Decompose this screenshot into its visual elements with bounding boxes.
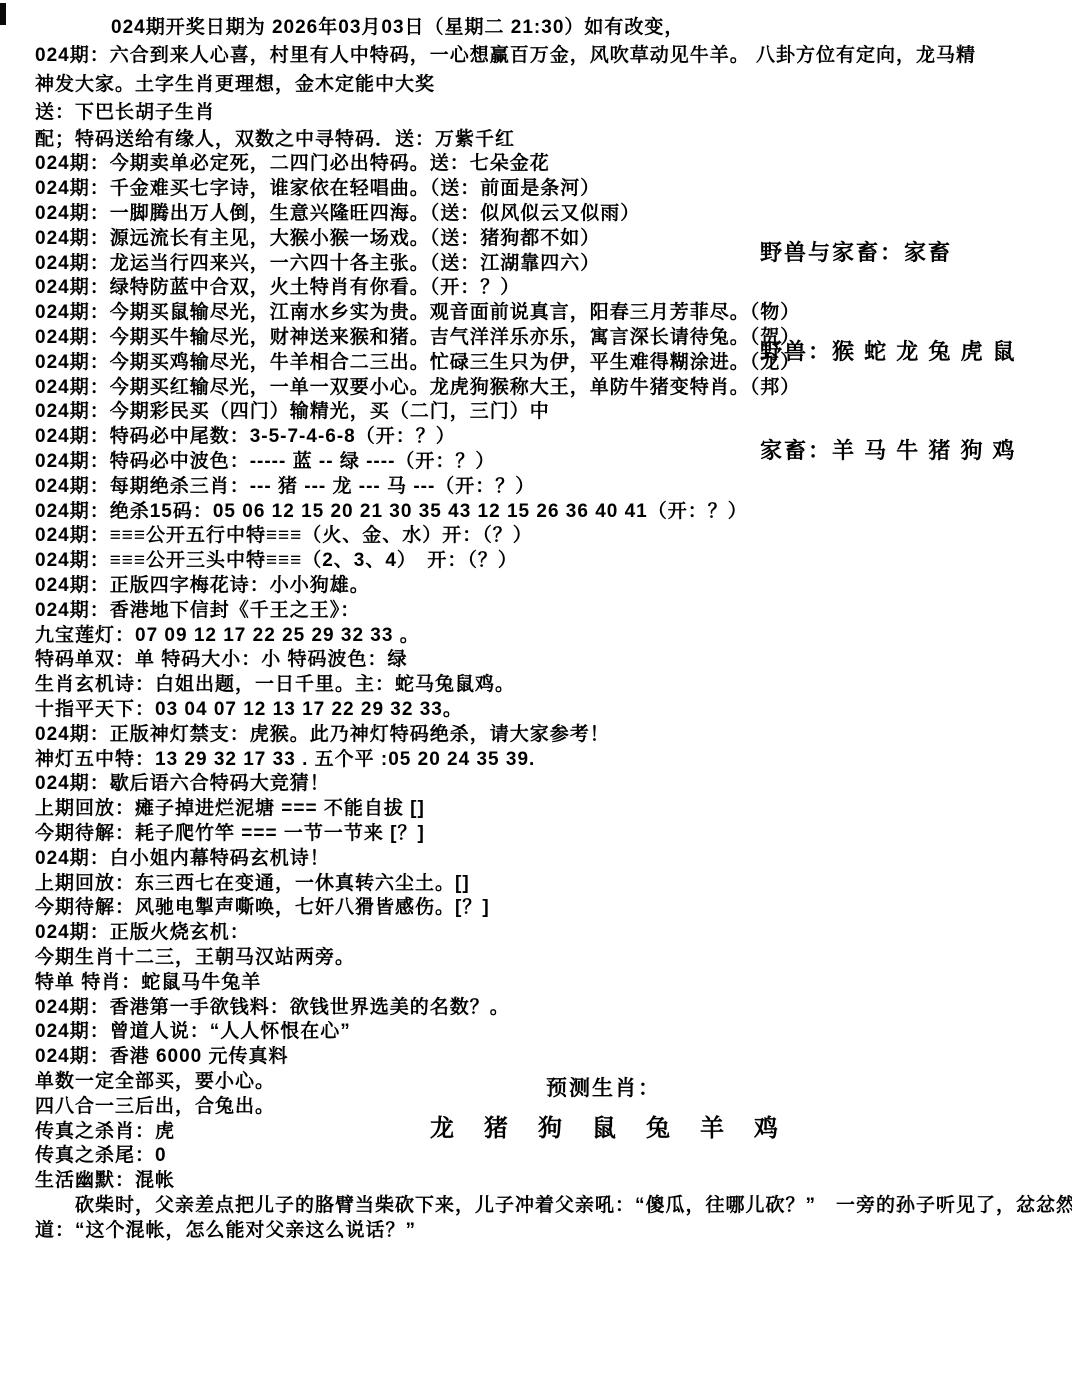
animals-box-title: 野兽与家畜：家畜	[760, 236, 1017, 269]
doc-line: 特码单双：单 特码大小：小 特码波色：绿	[35, 648, 1065, 673]
lottery-tip-sheet-page: 024期开奖日期为 2026年03月03日（星期二 21:30）如有改变，024…	[0, 0, 1072, 1388]
doc-line: 十指平天下：03 04 07 12 13 17 22 29 32 33。	[35, 698, 1065, 723]
doc-line: 今期待解：风驰电掣声嘶唤，七奸八猾皆感伤。[？]	[35, 896, 1065, 921]
doc-line: 上期回放：瘫子掉进烂泥塘 === 不能自拔 []	[35, 797, 1065, 822]
doc-line: 024期：曾道人说：“人人怀恨在心”	[35, 1020, 1065, 1045]
domestic-animals-row: 家畜：羊 马 牛 猪 狗 鸡	[760, 434, 1017, 467]
doc-line: 神发大家。土字生肖更理想，金木定能中大奖	[35, 71, 1065, 99]
doc-line: 024期：≡≡≡公开三头中特≡≡≡（2、3、4） 开：（？）	[35, 549, 1065, 574]
doc-line: 神灯五中特：13 29 32 17 33 . 五个平 :05 20 24 35 …	[35, 748, 1065, 773]
doc-line: 九宝莲灯：07 09 12 17 22 25 29 32 33 。	[35, 624, 1065, 649]
doc-line: 砍柴时，父亲差点把儿子的胳臂当柴砍下来，儿子冲着父亲吼：“傻瓜，往哪儿砍？” 一…	[35, 1194, 1065, 1219]
doc-line: 024期：香港第一手欲钱料：欲钱世界选美的名数？。	[35, 996, 1065, 1021]
doc-line: 配；特码送给有缘人，双数之中寻特码．送：万紫千红	[35, 128, 1065, 153]
prediction-zodiac-label: 预测生肖：	[546, 1072, 661, 1102]
doc-line: 送：下巴长胡子生肖	[35, 99, 1065, 127]
doc-line: 道：“这个混帐，怎么能对父亲这么说话？”	[35, 1219, 1065, 1244]
animals-summary-box: 野兽与家畜：家畜 野兽：猴 蛇 龙 兔 虎 鼠 家畜：羊 马 牛 猪 狗 鸡	[760, 170, 1017, 533]
doc-line: 生肖玄机诗：白姐出题，一日千里。主：蛇马兔鼠鸡。	[35, 673, 1065, 698]
doc-line: 生活幽默：混帐	[35, 1169, 1065, 1194]
doc-line: 今期待解：耗子爬竹竿 === 一节一节来 [？]	[35, 822, 1065, 847]
doc-line: 024期：白小姐内幕特码玄机诗！	[35, 847, 1065, 872]
doc-line: 传真之杀尾：0	[35, 1144, 1065, 1169]
wild-animals-row: 野兽：猴 蛇 龙 兔 虎 鼠	[760, 335, 1017, 368]
doc-line: 024期开奖日期为 2026年03月03日（星期二 21:30）如有改变，	[35, 14, 1065, 42]
prediction-zodiac-list: 龙 猪 狗 鼠 兔 羊 鸡	[430, 1108, 790, 1143]
scan-artifact-mark	[0, 3, 6, 25]
doc-line: 今期生肖十二三，王朝马汉站两旁。	[35, 946, 1065, 971]
doc-line: 024期：香港 6000 元传真料	[35, 1045, 1065, 1070]
doc-line: 特单 特肖：蛇鼠马牛兔羊	[35, 971, 1065, 996]
doc-line: 024期：香港地下信封《千王之王》：	[35, 599, 1065, 624]
doc-line: 上期回放：东三西七在变通，一休真转六尘土。[]	[35, 872, 1065, 897]
doc-line: 024期：六合到来人心喜，村里有人中特码，一心想赢百万金，风吹草动见牛羊。 八卦…	[35, 42, 1065, 70]
doc-line: 024期：正版四字梅花诗：小小狗雄。	[35, 574, 1065, 599]
doc-line: 024期：正版神灯禁支：虎猴。此乃神灯特码绝杀，请大家参考！	[35, 723, 1065, 748]
doc-line: 024期：正版火烧玄机：	[35, 921, 1065, 946]
doc-line: 024期：歇后语六合特码大竞猜！	[35, 772, 1065, 797]
